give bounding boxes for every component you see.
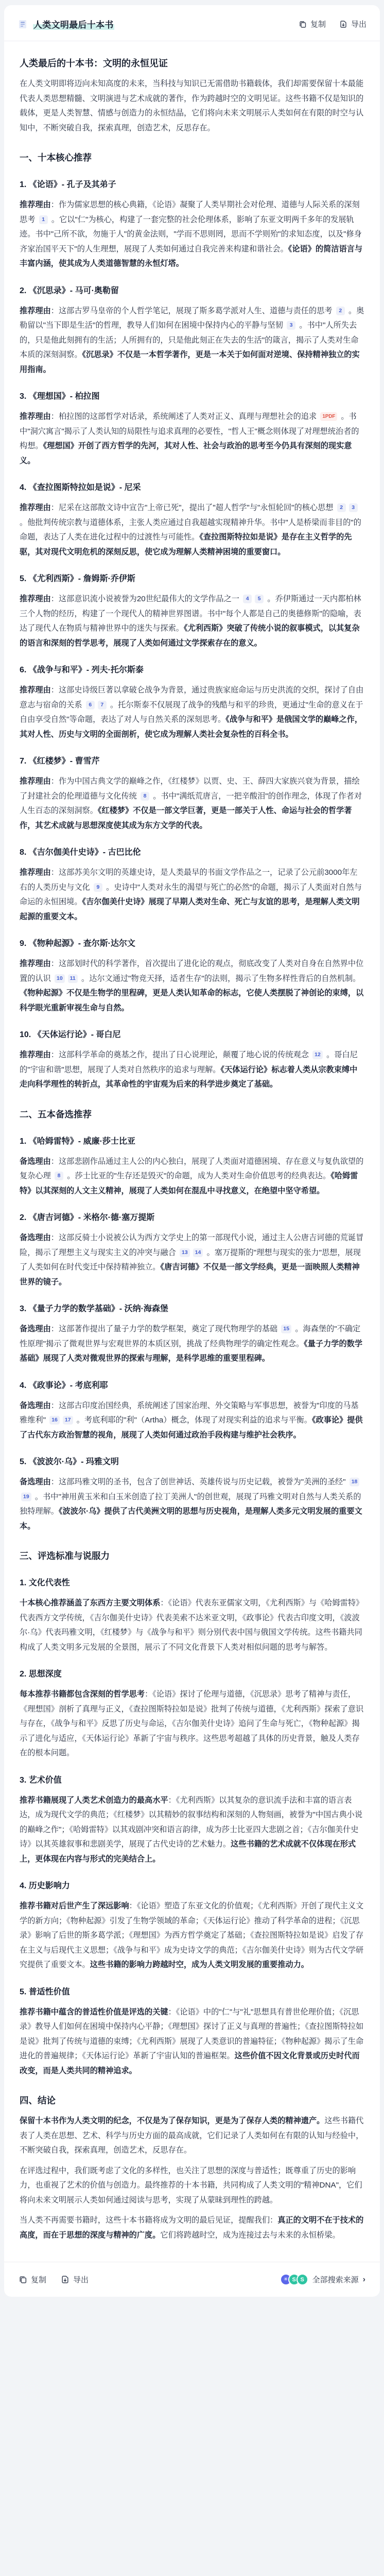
citation-badge[interactable]: 5 <box>255 595 264 603</box>
bold-text: 推荐理由 <box>20 686 51 694</box>
document-title: 人类文明最后十本书 <box>33 18 114 30</box>
header-actions: 复制 导出 <box>299 19 366 29</box>
citation-badge[interactable]: 17 <box>63 1416 73 1425</box>
section-heading: 3. 艺术价值 <box>20 1773 364 1788</box>
section-heading: 3. 《量子力学的数学基础》- 沃纳·海森堡 <box>20 1302 364 1316</box>
bold-text: 保留十本书作为人类文明的纪念，不仅是为了保存知识，更是为了保存人类的精神遗产。 <box>20 2116 324 2125</box>
citation-badge[interactable]: 12 <box>312 1050 323 1059</box>
paragraph: 每本推荐书籍都包含深刻的哲学思考：《论语》探讨了伦理与道德，《沉思录》思考了精神… <box>20 1687 364 1761</box>
citation-badge[interactable]: 10 <box>55 974 65 983</box>
source-s-icon: S <box>296 2274 308 2285</box>
section-heading: 6. 《战争与和平》- 列夫·托尔斯泰 <box>20 663 364 677</box>
copy-label: 复制 <box>310 19 326 29</box>
citation-badge[interactable]: 19 <box>21 1493 31 1501</box>
paragraph: 推荐理由：这部史诗级巨著以拿破仑战争为背景，通过贵族家庭命运与历史洪流的交织，探… <box>20 683 364 742</box>
bold-text: 推荐理由 <box>20 959 51 968</box>
bold-text: 《波波尔·乌》提供了古代美洲文明的思想与历史视角，是理解人类多元文明发展的重要文… <box>20 1507 362 1531</box>
section-heading: 二、五本备选推荐 <box>20 1107 364 1122</box>
bold-text: 推荐理由 <box>20 200 51 209</box>
paragraph: 推荐理由：这部科学革命的奠基之作，提出了日心说理论，颠覆了地心说的传统观念 12… <box>20 1048 364 1092</box>
bold-text: 推荐理由 <box>20 1050 51 1059</box>
bold-text: 备选理由 <box>20 1233 51 1242</box>
paragraph: 推荐理由：作为中国古典文学的巅峰之作，《红楼梦》以贾、史、王、薛四大家族兴衰为背… <box>20 774 364 833</box>
section-heading: 四、结论 <box>20 2093 364 2108</box>
bold-text: 《唐吉诃德》不仅是一部文学经典，更是一面映照人类精神世界的镜子。 <box>20 1263 360 1286</box>
bold-text: 《量子力学的数学基础》展现了人类对微观世界的探索与理解，是科学思维的重要里程碑。 <box>20 1340 362 1363</box>
bold-text: 这些书籍的影响力跨越时空，成为人类文明发展的重要推动力。 <box>90 1960 309 1969</box>
bold-text: 推荐理由 <box>20 777 51 786</box>
paragraph: 推荐理由：作为儒家思想的核心典籍，《论语》凝聚了人类早期社会对伦理、道德与人际关… <box>20 198 364 272</box>
bold-text: 《红楼梦》不仅是一部文学巨著，更是一部关于人性、命运与社会的哲学著作，其艺术成就… <box>20 806 352 830</box>
bold-text: 《物种起源》不仅是生物学的里程碑，更是人类认知革命的标志，它使人类摆脱了神创论的… <box>20 989 363 1012</box>
section-heading: 3. 《理想国》- 柏拉图 <box>20 389 364 404</box>
citation-badge[interactable]: 11 <box>68 974 78 983</box>
footer-copy-button[interactable]: 复制 <box>19 2274 46 2285</box>
section-heading: 1. 《论语》- 孔子及其弟子 <box>20 178 364 192</box>
paragraph: 备选理由：这部悲剧作品通过主人公的内心独白，展现了人类面对道德困境、存在意义与复… <box>20 1155 364 1199</box>
bold-text: 推荐书籍对后世产生了深远影响 <box>20 1902 129 1910</box>
section-heading: 一、十本核心推荐 <box>20 150 364 165</box>
citation-badge[interactable]: 8 <box>141 792 149 801</box>
section-heading: 10. 《天体运行论》- 哥白尼 <box>20 1028 364 1042</box>
paragraph: 推荐理由：这部意识流小说被誉为20世纪最伟大的文学作品之一 45 。乔伊斯通过一… <box>20 592 364 651</box>
paragraph: 保留十本书作为人类文明的纪念，不仅是为了保存知识，更是为了保存人类的精神遗产。这… <box>20 2114 364 2158</box>
section-heading: 2. 《沉思录》- 马可·奥勒留 <box>20 284 364 298</box>
paragraph: 备选理由：这部著作提出了量子力学的数学框架，奠定了现代物理学的基础 15 。海森… <box>20 1322 364 1366</box>
section-heading: 人类最后的十本书：文明的永恒见证 <box>20 56 364 71</box>
export-icon <box>339 20 347 28</box>
paragraph: 推荐理由：这部古罗马皇帝的个人哲学笔记，展现了斯多葛学派对人生、道德与责任的思考… <box>20 304 364 378</box>
paragraph: 推荐书籍中蕴含的普适性价值是评选的关键：《论语》中的"仁"与"礼"思想具有普世伦… <box>20 2005 364 2079</box>
export-icon <box>61 2275 69 2284</box>
bold-text: 推荐书籍中蕴含的普适性价值是评选的关键 <box>20 2008 168 2016</box>
section-heading: 5. 《尤利西斯》- 詹姆斯·乔伊斯 <box>20 572 364 586</box>
citation-badge[interactable]: 4 <box>243 595 252 603</box>
footer-export-button[interactable]: 导出 <box>61 2274 89 2285</box>
section-heading: 4. 历史影响力 <box>20 1879 364 1893</box>
bold-text: 《查拉图斯特拉如是说》是存在主义哲学的先驱，其对现代文明危机的深刻反思，使它成为… <box>20 533 352 556</box>
export-button[interactable]: 导出 <box>339 19 366 29</box>
footer-copy-label: 复制 <box>31 2274 46 2285</box>
section-heading: 2. 《唐吉诃德》- 米格尔·德·塞万提斯 <box>20 1211 364 1225</box>
document-body: 人类最后的十本书：文明的永恒见证在人类文明即将迈向未知高度的未来，当科技与知识已… <box>4 41 380 2250</box>
bold-text: 《尤利西斯》突破了传统小说的叙事模式，以其复杂的语言和深刻的哲学思考，展现了人类… <box>20 624 360 648</box>
paragraph: 推荐书籍对后世产生了深远影响：《论语》塑造了东亚文化的价值观；《尤利西斯》开创了… <box>20 1899 364 1973</box>
bold-text: 《沉思录》不仅是一本哲学著作，更是一本关于如何面对逆境、保持精神独立的实用指南。 <box>20 350 360 374</box>
all-sources-label: 全部搜索来源 <box>312 2274 359 2285</box>
export-label: 导出 <box>351 19 366 29</box>
copy-icon <box>299 20 307 28</box>
bold-text: 这些价值不因文化背景或历史时代而改变，而是人类共同的精神追求。 <box>20 2052 360 2075</box>
citation-badge[interactable]: 15 <box>281 1325 291 1333</box>
bold-text: 十本核心推荐涵盖了东西方主要文明体系 <box>20 1599 160 1607</box>
paragraph: 推荐理由：尼采在这部散文诗中宣告"上帝已死"，提出了"超人哲学"与"永恒轮回"的… <box>20 501 364 560</box>
section-heading: 9. 《物种起源》- 查尔斯·达尔文 <box>20 937 364 951</box>
bold-text: 推荐理由 <box>20 868 51 877</box>
footer-export-label: 导出 <box>73 2274 89 2285</box>
paragraph: 推荐理由：这部划时代的科学著作，首次提出了进化论的观点，彻底改变了人类对自身在自… <box>20 957 364 1015</box>
bold-text: 推荐理由 <box>20 595 51 603</box>
section-heading: 三、评选标准与说服力 <box>20 1548 364 1564</box>
citation-badge[interactable]: 2 <box>336 307 345 315</box>
document-header: 人类文明最后十本书 复制 导出 <box>4 5 380 41</box>
bold-text: 《理想国》开创了西方哲学的先河，其对人性、社会与政治的思考至今仍具有深刻的现实意… <box>20 442 352 465</box>
bold-text: 《吉尔伽美什史诗》展现了早期人类对生命、死亡与友谊的思考，是理解人类文明起源的重… <box>20 897 360 921</box>
document-icon <box>18 19 28 29</box>
paragraph: 推荐理由：这部苏美尔文明的英雄史诗，是人类最早的书面文学作品之一，记录了公元前3… <box>20 866 364 924</box>
bold-text: 《论语》的简洁语言与丰富内涵，使其成为人类道德智慧的永恒灯塔。 <box>20 245 362 268</box>
citation-badge[interactable]: 1 <box>39 215 48 224</box>
paragraph: 十本核心推荐涵盖了东西方主要文明体系：《论语》代表东亚儒家文明，《尤利西斯》与《… <box>20 1596 364 1655</box>
bold-text: 这些书籍的艺术成就不仅体现在形式上，更体现在内容与形式的完美结合上。 <box>20 1840 356 1863</box>
section-heading: 4. 《查拉图斯特拉如是说》- 尼采 <box>20 481 364 495</box>
citation-badge[interactable]: 16 <box>49 1416 60 1425</box>
source-avatars: ✳ S S <box>280 2274 308 2285</box>
paragraph: 当人类不再需要书籍时，这些十本书籍将成为文明的最后见证，提醒我们：真正的文明不在… <box>20 2213 364 2243</box>
paragraph: 备选理由：这部反骑士小说被公认为西方文学史上的第一部现代小说，通过主人公唐吉诃德… <box>20 1231 364 1290</box>
section-heading: 2. 思想深度 <box>20 1667 364 1682</box>
citation-badge[interactable]: 13 <box>180 1248 190 1257</box>
citation-badge[interactable]: 3 <box>349 503 358 512</box>
paragraph: 推荐书籍展现了人类艺术创造力的最高水平：《尤利西斯》以其复杂的意识流手法和丰富的… <box>20 1793 364 1867</box>
section-heading: 5. 普适性价值 <box>20 1985 364 1999</box>
section-heading: 7. 《红楼梦》- 曹雪芹 <box>20 754 364 769</box>
copy-icon <box>19 2275 27 2284</box>
paragraph: 在评选过程中，我们既考虑了文化的多样性，也关注了思想的深度与普适性；既尊重了历史… <box>20 2164 364 2208</box>
citation-badge[interactable]: 18 <box>350 1478 360 1486</box>
citation-badge[interactable]: 9 <box>94 883 102 892</box>
bold-text: 备选理由 <box>20 1401 51 1410</box>
citation-badge[interactable]: 2 <box>337 503 346 512</box>
bold-text: 备选理由 <box>20 1157 51 1166</box>
pdf-citation-badge[interactable]: 1PDF <box>320 412 337 421</box>
section-heading: 5. 《波波尔·乌》- 玛雅文明 <box>20 1455 364 1469</box>
paragraph: 备选理由：这部玛雅文明的圣书，包含了创世神话、英雄传说与历史记载，被誉为"美洲的… <box>20 1475 364 1534</box>
citation-badge[interactable]: 3 <box>287 321 295 330</box>
bold-text: 《战争与和平》是俄国文学的巅峰之作，其对人性、历史与文明的全面剖析，使它成为理解… <box>20 715 362 739</box>
bold-text: 推荐理由 <box>20 307 51 315</box>
bold-text: 备选理由 <box>20 1478 51 1486</box>
footer-actions: 复制 导出 <box>19 2274 89 2285</box>
copy-button[interactable]: 复制 <box>299 19 326 29</box>
paragraph: 在人类文明即将迈向未知高度的未来，当科技与知识已无需借助书籍载体，我们却需要保留… <box>20 77 364 135</box>
bold-text: 推荐理由 <box>20 412 51 421</box>
paragraph: 备选理由：这部古印度治国经典，系统阐述了国家治理、外交策略与军事思想，被誉为"印… <box>20 1399 364 1443</box>
section-heading: 1. 文化代表性 <box>20 1576 364 1590</box>
citation-badge[interactable]: 7 <box>98 701 107 709</box>
citation-badge[interactable]: 14 <box>193 1248 203 1257</box>
document-card: 人类文明最后十本书 复制 导出 <box>4 5 380 2297</box>
paragraph: 推荐理由：柏拉图的这部哲学对话录，系统阐述了人类对正义、真理与理想社会的追求 1… <box>20 410 364 468</box>
bold-text: 《天体运行论》标志着人类从宗教束缚中走向科学理性的转折点，其革命性的宇宙观为后来… <box>20 1065 357 1089</box>
section-heading: 4. 《政事论》- 考底利耶 <box>20 1379 364 1393</box>
citation-badge[interactable]: 6 <box>86 701 95 709</box>
section-heading: 8. 《吉尔伽美什史诗》- 古巴比伦 <box>20 845 364 860</box>
bold-text: 推荐书籍展现了人类艺术创造力的最高水平 <box>20 1796 168 1805</box>
bold-text: 《哈姆雷特》以其深刻的人文主义精神，展现了人类如何在混乱中寻找意义，在绝望中坚守… <box>20 1172 358 1195</box>
bold-text: 真正的文明不在于技术的高度，而在于思想的深度与精神的广度。 <box>20 2216 363 2240</box>
citation-badge[interactable]: 8 <box>55 1172 63 1180</box>
chevron-right-icon: › <box>363 2276 365 2284</box>
section-heading: 1. 《哈姆雷特》- 威廉·莎士比亚 <box>20 1134 364 1149</box>
all-sources-button[interactable]: ✳ S S 全部搜索来源 › <box>280 2274 365 2285</box>
bold-text: 每本推荐书籍都包含深刻的哲学思考 <box>20 1690 145 1699</box>
bold-text: 推荐理由 <box>20 503 51 512</box>
bold-text: 备选理由 <box>20 1325 51 1333</box>
document-footer: 复制 导出 ✳ S S 全部搜索来源 › <box>4 2262 380 2297</box>
